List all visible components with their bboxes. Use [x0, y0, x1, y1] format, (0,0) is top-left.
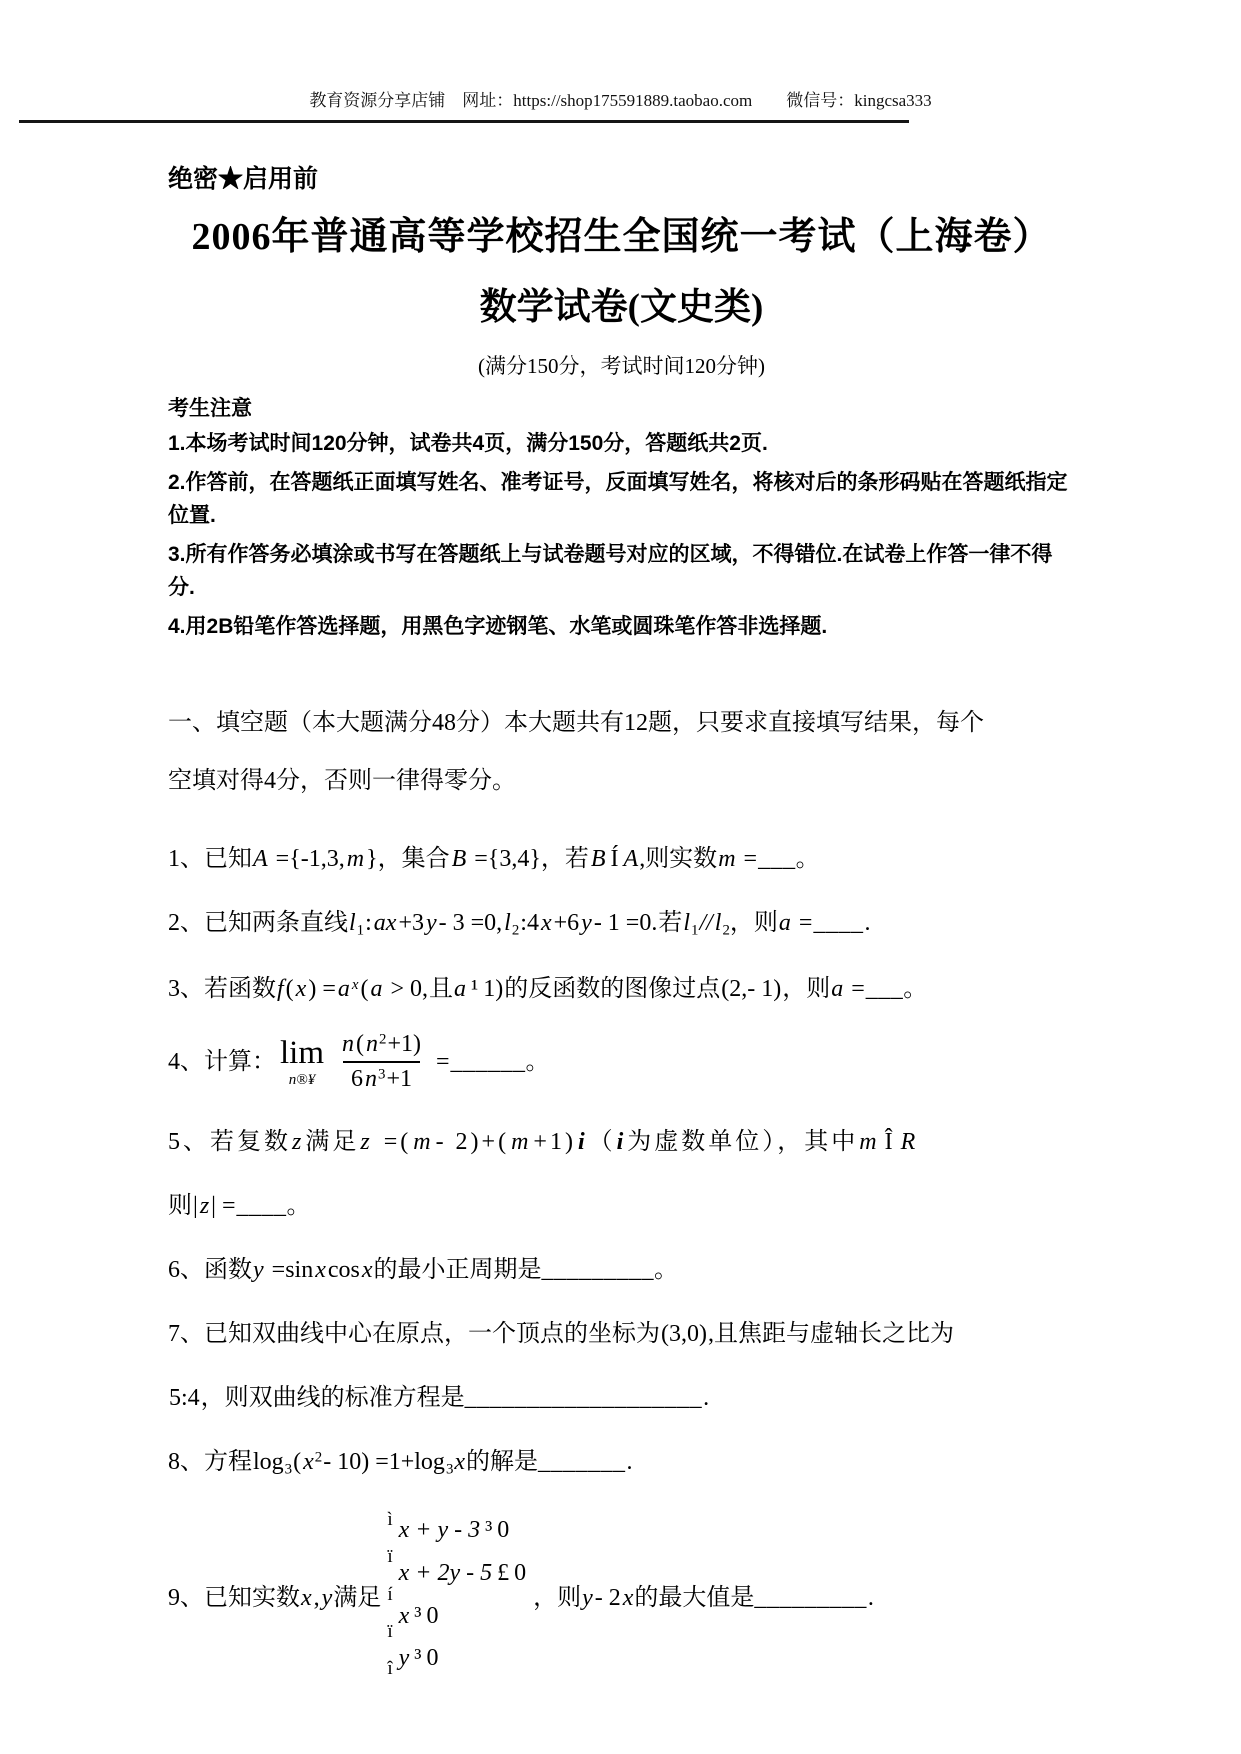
math-var: m	[858, 1129, 880, 1155]
q5-text: 满足	[305, 1129, 359, 1155]
q4-text: 4、计算：	[168, 1047, 276, 1078]
parallel-symbol: //	[698, 910, 713, 936]
math-text: +6	[553, 910, 581, 936]
math-var: y	[425, 910, 438, 936]
q9-text: 满足	[333, 1585, 381, 1611]
q6-text: 的最小正周期是	[374, 1257, 542, 1283]
math-text: (	[359, 976, 369, 1002]
system-brace: ì ï í ï î	[387, 1510, 392, 1678]
math-var: y	[581, 1585, 594, 1611]
math-text: .	[626, 1449, 634, 1475]
q3-text: 的反函数的图像过点	[504, 976, 720, 1002]
math-var: m	[412, 1129, 434, 1155]
math-text: :4	[519, 910, 540, 936]
math-var: y	[321, 1585, 334, 1611]
math-text: ={-1,3,	[269, 846, 346, 872]
math-var: z	[199, 1193, 210, 1219]
answer-blank: ___	[758, 846, 796, 872]
math-var: A	[252, 846, 269, 872]
q9-lead: 9、已知实数x,y满足	[168, 1577, 381, 1612]
notice-item-4: 4.用2B铅笔作答选择题，用黑色字迹钢笔、水笔或圆珠笔作答非选择题.	[168, 610, 1075, 644]
question-3: 3、若函数f(x) =ax(a > 0,且a¹1)的反函数的图像过点(2,- 1…	[168, 974, 1075, 1005]
math-var: a	[369, 976, 383, 1002]
math-var: x	[540, 910, 553, 936]
math-text: +1)	[386, 1031, 422, 1057]
question-5-line2: 则|z| =____。	[168, 1191, 1075, 1222]
notice-item-3: 3.所有作答务必填涂或书写在答题纸上与试卷题号对应的区域，不得错位.在试卷上作答…	[168, 538, 1075, 605]
lim-word: lim	[280, 1037, 324, 1070]
q8-text: 8、方程	[168, 1449, 252, 1475]
math-expr: y	[398, 1645, 411, 1671]
imaginary-unit: i	[577, 1129, 589, 1155]
q2-text: 若	[658, 910, 682, 936]
math-var: ax	[373, 910, 398, 936]
question-8: 8、方程log3(x2- 10) =1+log3x的解是_______.	[168, 1447, 1075, 1480]
math-var: x	[622, 1585, 635, 1611]
answer-blank: ______	[451, 1047, 526, 1078]
question-6: 6、函数y =sinxcosx的最小正周期是_________。	[168, 1255, 1075, 1286]
exam-title: 2006年普通高等学校招生全国统一考试（上海卷）	[168, 205, 1075, 260]
log-operator: log	[252, 1449, 285, 1475]
q9-tail: ，则y- 2x的最大值是_________.	[533, 1577, 875, 1612]
math-text: 5:4	[168, 1385, 201, 1411]
math-var: a	[778, 910, 792, 936]
math-text: =	[792, 910, 814, 936]
math-text: .	[867, 1585, 875, 1611]
question-2: 2、已知两条直线l1:ax+3y- 3 =0,l2:4x+6y- 1 =0.若l…	[168, 908, 1075, 941]
q1-text: 1、已知	[168, 846, 252, 872]
math-text: (	[292, 1449, 302, 1475]
answer-blank: _________	[542, 1257, 655, 1283]
notice-item-2: 2.作答前，在答题纸正面填写姓名、准考证号，反面填写姓名，将核对后的条形码贴在答…	[168, 466, 1075, 533]
lim-subscript: n®¥	[289, 1073, 315, 1088]
math-expr: x + 2y - 5	[398, 1560, 494, 1586]
gte-symbol: ³	[410, 1603, 425, 1629]
math-var: m	[346, 846, 365, 872]
math-var: x	[302, 1449, 315, 1475]
math-expr: x	[398, 1603, 411, 1629]
math-text: (	[355, 1031, 365, 1057]
answer-blank: ____	[813, 910, 863, 936]
q3-text: 3、若函数	[168, 976, 276, 1002]
equation-row: x + 2y - 5£0	[398, 1561, 528, 1585]
equation-row: x + y - 3³0	[398, 1518, 528, 1542]
math-var: R	[900, 1129, 920, 1155]
q6-text: 。	[654, 1257, 678, 1283]
math-text: =	[737, 846, 759, 872]
math-text: .	[863, 910, 871, 936]
q5-text: 则	[168, 1193, 192, 1219]
math-text: 0	[496, 1517, 510, 1543]
q2-text: 2、已知两条直线	[168, 910, 348, 936]
math-text: - 10) =1+log	[322, 1449, 446, 1475]
page-content: 绝密★启用前 2006年普通高等学校招生全国统一考试（上海卷） 数学试卷(文史类…	[0, 159, 1241, 1678]
math-var: a	[453, 976, 467, 1002]
notice-heading: 考生注意	[168, 392, 1075, 422]
math-var: A	[623, 846, 640, 872]
math-text: =sin	[265, 1257, 315, 1283]
section-intro-line2: 空填对得4分，否则一律得零分。	[168, 768, 516, 794]
shop-header: 教育资源分享店铺 网址：https://shop175591889.taobao…	[0, 0, 1241, 111]
answer-blank: _________	[754, 1585, 867, 1611]
math-var: a	[337, 976, 351, 1002]
math-var: m	[717, 846, 736, 872]
answer-blank: ____	[237, 1193, 287, 1219]
equation-row: x³0	[398, 1604, 528, 1628]
section-intro-line1: 一、填空题（本大题满分48分）本大题共有12题，只要求直接填写结果，每个	[168, 710, 984, 736]
q5-text: 为虚数单位），其中	[627, 1129, 858, 1155]
math-text: ,	[313, 1585, 321, 1611]
q2-text: ，则	[730, 910, 778, 936]
math-text: 0	[425, 1603, 439, 1629]
abs-bar: |	[192, 1193, 199, 1219]
q6-text: 6、函数	[168, 1257, 252, 1283]
math-var: x	[300, 1585, 313, 1611]
math-var: x	[361, 1257, 374, 1283]
question-9: 9、已知实数x,y满足 ì ï í ï î x + y - 3³0 x + 2y…	[168, 1510, 1075, 1678]
answer-blank: ___________________	[465, 1385, 703, 1411]
math-var: y	[252, 1257, 265, 1283]
element-of-symbol: Î	[881, 1129, 900, 1155]
q7-text: 7、已知双曲线中心在原点，一个顶点的坐标为	[168, 1321, 660, 1347]
q9-text: 的最大值是	[634, 1585, 754, 1611]
q3-text: 。	[903, 976, 927, 1002]
fraction-numerator: n(n2+1)	[334, 1031, 429, 1061]
answer-blank: _______	[538, 1449, 626, 1475]
brace-fragment: ì	[387, 1510, 392, 1529]
math-expr: x + y - 3	[398, 1517, 482, 1543]
brace-fragment: ï	[387, 1622, 392, 1641]
math-text: =	[435, 1047, 451, 1078]
math-sub: 1	[357, 923, 364, 939]
math-text: +1)	[532, 1129, 577, 1155]
math-text: .	[702, 1385, 710, 1411]
exam-page: 教育资源分享店铺 网址：https://shop175591889.taobao…	[0, 0, 1241, 1754]
q7-text: ，则双曲线的标准方程是	[201, 1385, 465, 1411]
math-text: 0	[425, 1645, 439, 1671]
equation-row: y³0	[398, 1646, 528, 1670]
math-var: a	[830, 976, 844, 1002]
question-1: 1、已知A ={-1,3,m}，集合B ={3,4}，若BÍA,则实数m =__…	[168, 844, 1075, 875]
math-text: 0	[513, 1560, 527, 1586]
system-equations: x + y - 3³0 x + 2y - 5£0 x³0 y³0	[398, 1518, 528, 1670]
math-var: l	[682, 910, 691, 936]
math-text: =(	[374, 1129, 413, 1155]
fraction: n(n2+1) 6n3+1	[334, 1031, 429, 1093]
math-text: (3,0)	[660, 1321, 708, 1347]
math-var: y	[580, 910, 593, 936]
math-var: x	[295, 976, 308, 1002]
imaginary-unit: i	[616, 1129, 628, 1155]
math-var: l	[348, 910, 357, 936]
lte-symbol: £	[493, 1560, 513, 1586]
q5-text: （	[589, 1129, 616, 1155]
math-var: x	[314, 1257, 327, 1283]
math-var: z	[359, 1129, 373, 1155]
fraction-denominator: 6n3+1	[343, 1061, 420, 1094]
math-text: (2,- 1)	[720, 976, 782, 1002]
q8-text: 的解是	[466, 1449, 538, 1475]
gte-symbol: ³	[410, 1645, 425, 1671]
abs-bar: | =	[210, 1193, 236, 1219]
question-4: 4、计算： lim n®¥ n(n2+1) 6n3+1 = ______ 。	[168, 1031, 1075, 1093]
math-text: ={3,4}，若	[467, 846, 590, 872]
inequality-system: ì ï í ï î x + y - 3³0 x + 2y - 5£0 x³0 y…	[387, 1510, 527, 1678]
brace-fragment: î	[387, 1659, 392, 1678]
math-text: - 1 =0.	[593, 910, 659, 936]
math-text: (	[285, 976, 295, 1002]
math-text: }，集合	[365, 846, 451, 872]
math-text: cos	[327, 1257, 361, 1283]
header-rule	[19, 120, 909, 123]
section-intro: 一、填空题（本大题满分48分）本大题共有12题，只要求直接填写结果，每个 空填对…	[168, 694, 1075, 812]
brace-fragment: í	[387, 1585, 392, 1604]
math-text: - 2)+(	[435, 1129, 511, 1155]
question-7-line2: 5:4，则双曲线的标准方程是___________________.	[168, 1383, 1075, 1414]
math-text: +1	[385, 1066, 413, 1092]
math-text: ) =	[307, 976, 337, 1002]
q5-text: 。	[287, 1193, 311, 1219]
q1-text: ,则实数	[639, 846, 717, 872]
math-text: :	[364, 910, 373, 936]
math-var: z	[291, 1129, 305, 1155]
math-var: B	[590, 846, 607, 872]
math-sub: 2	[722, 923, 729, 939]
limit-operator: lim n®¥	[280, 1037, 324, 1088]
math-text: +3	[397, 910, 425, 936]
q3-text: ，则	[782, 976, 830, 1002]
math-var: x	[453, 1449, 466, 1475]
math-var: n	[365, 1031, 379, 1057]
brace-fragment: ï	[387, 1547, 392, 1566]
gte-symbol: ³	[481, 1517, 496, 1543]
math-var: m	[510, 1129, 532, 1155]
q9-text: ，则	[533, 1585, 581, 1611]
math-var: n	[341, 1031, 355, 1057]
not-equal-symbol: ¹	[467, 976, 482, 1002]
math-var: n	[364, 1066, 378, 1092]
paper-title: 数学试卷(文史类)	[168, 276, 1075, 330]
answer-blank: ___	[866, 976, 904, 1002]
question-5: 5、若复数z满足z =(m- 2)+(m+1)i（i为虚数单位），其中mÎR	[168, 1127, 1075, 1158]
math-text: =	[844, 976, 866, 1002]
math-sub: 3	[285, 1462, 292, 1478]
q9-text: 9、已知实数	[168, 1585, 300, 1611]
secrecy-label: 绝密★启用前	[168, 159, 1075, 195]
q1-text: 。	[796, 846, 820, 872]
notice-item-1: 1.本场考试时间120分钟，试卷共4页，满分150分，答题纸共2页.	[168, 427, 1075, 461]
score-duration: (满分150分，考试时间120分钟)	[168, 350, 1075, 380]
math-text: 1)	[482, 976, 504, 1002]
q4-text: 。	[526, 1047, 550, 1078]
math-var: l	[503, 910, 512, 936]
math-text: > 0,	[383, 976, 429, 1002]
q7-text: ,且焦距与虚轴长之比为	[708, 1321, 954, 1347]
shop-header-text: 教育资源分享店铺 网址：https://shop175591889.taobao…	[309, 91, 931, 110]
q5-text: 5、若复数	[168, 1129, 291, 1155]
question-7: 7、已知双曲线中心在原点，一个顶点的坐标为(3,0),且焦距与虚轴长之比为	[168, 1319, 1075, 1350]
math-text: - 3 =0,	[438, 910, 504, 936]
q3-text: 且	[429, 976, 453, 1002]
math-var: B	[451, 846, 468, 872]
math-text: - 2	[594, 1585, 622, 1611]
subset-symbol: Í	[607, 846, 623, 872]
math-var: f	[276, 976, 285, 1002]
math-text: 6	[350, 1066, 364, 1092]
